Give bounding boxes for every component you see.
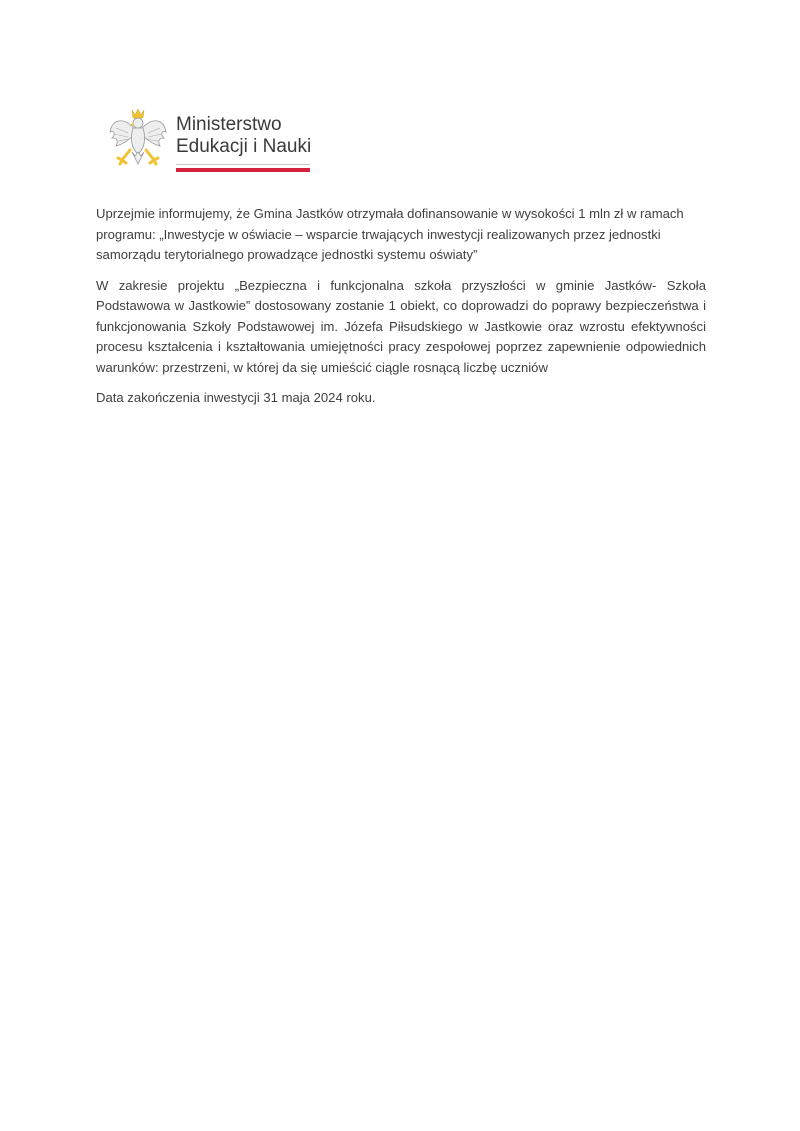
funding-paragraph: Uprzejmie informujemy, że Gmina Jastków … (96, 204, 706, 266)
logo-red-bar (176, 168, 310, 172)
logo-divider (176, 164, 310, 165)
polish-eagle-icon (108, 106, 168, 172)
ministry-name: Ministerstwo Edukacji i Nauki (176, 114, 311, 158)
completion-date-paragraph: Data zakończenia inwestycji 31 maja 2024… (96, 388, 706, 409)
ministry-name-line1: Ministerstwo (176, 114, 311, 136)
project-paragraph: W zakresie projektu „Bezpieczna i funkcj… (96, 276, 706, 379)
document-body: Uprzejmie informujemy, że Gmina Jastków … (96, 204, 706, 419)
ministry-name-line2: Edukacji i Nauki (176, 136, 311, 158)
ministry-logo: Ministerstwo Edukacji i Nauki (108, 106, 318, 176)
